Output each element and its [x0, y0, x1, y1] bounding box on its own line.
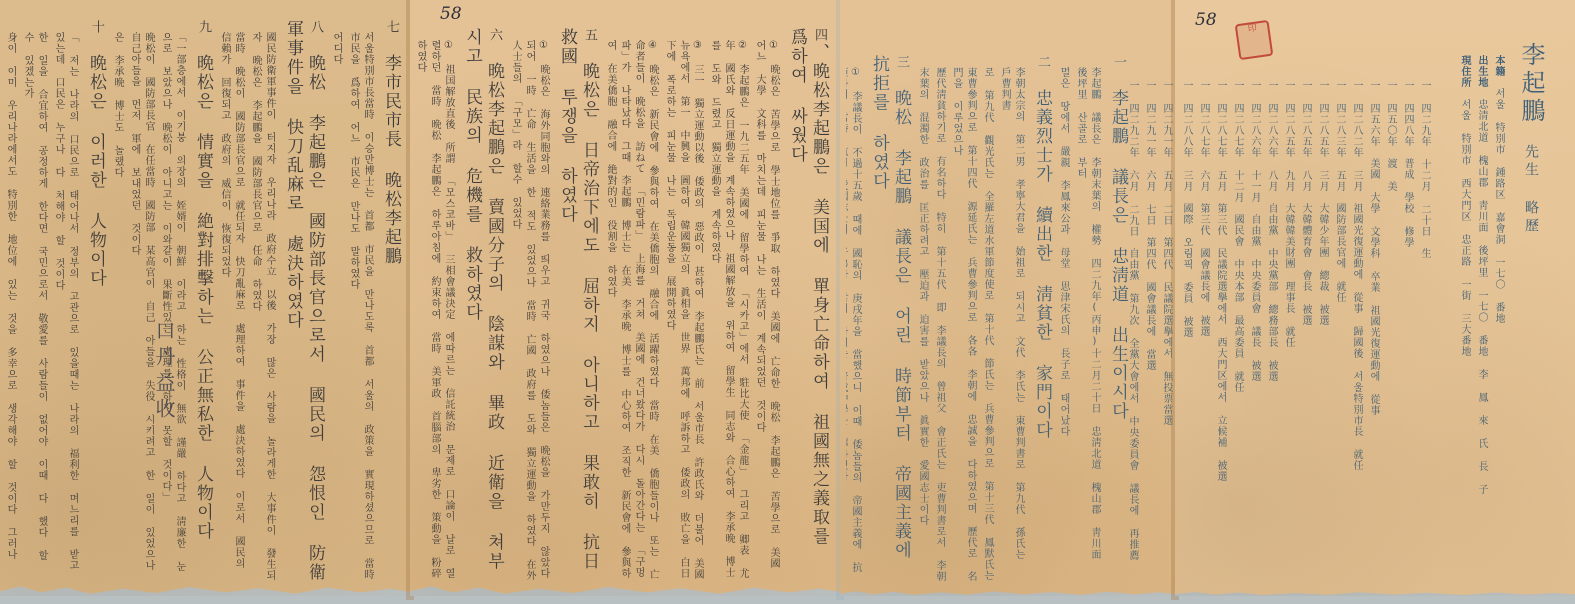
profile-fields: 本籍 서울 特別市 鍾路区 嘉會洞 一七〇 番地 出生地 忠清北道 槐山郡 靑川…: [1435, 55, 1505, 582]
red-seal-stamp: 印: [1235, 20, 1274, 60]
timeline-entry: 一 四二八三年 五月 國防部長官에 就任: [1332, 80, 1346, 582]
section-heading-8: 八 晩松 李起鵬은 國防部長官으로서 國民의 怨恨인 防衛軍事件을 快刀乱麻로 …: [282, 20, 326, 582]
section-3-item: ① 李議長이 不過十五歲 때에 國恥의 庚戌年을 當했으니 이때 倭놈들의 帝國…: [846, 55, 862, 582]
timeline-entry: 一 四五〇年 渡 美: [1383, 80, 1397, 582]
page-text-columns: 一 李起鵬 議長은 忠淸道 出生이시다 李起鵬 議長은 李朝末葉의 權勢 四二九…: [846, 55, 1129, 582]
section-8-paragraph: 國民防衛軍事件이 터지자 우리나라 政府수立 以後 가장 많은 사람을 놀라게한…: [248, 20, 276, 582]
timeline-entry: 一 四二八六年 八月 自由黨 中央黨部 總務部長 被選: [1264, 80, 1278, 582]
section-heading-5: 五 晩松은 日帝治下에도 屈하지 아니하고 果敢히 抗日 救國 투쟁을 하였다: [556, 28, 600, 582]
section-7-paragraph: 어디다: [329, 20, 343, 582]
section-9-paragraph: 은 李承晩 博士도 놀랬다: [110, 20, 124, 582]
timeline-entry: 一 四二八七年 十二月 國民會 中央本部 最高委員 就任: [1230, 80, 1244, 582]
section-1-paragraph: 李起鵬 議長은 李朝末葉의 權勢 四二九年(丙申)十二月二十日 忠淸北道 槐山郡…: [1073, 55, 1101, 582]
section-7-paragraph: 서울特別市長當時 이승만博士는 首都 市民을 만나도록 首都 서울의 政策을 實…: [346, 20, 374, 582]
page-text-columns: 七 李市民市長 晩松李起鵬 서울特別市長當時 이승만博士는 首都 市民을 만나도…: [8, 20, 402, 582]
section-4-item: ② 李起鵬은 一九二五年 美國에 留學하여 「시카고」에서 駐比大使 「金龍」 …: [707, 28, 749, 582]
section-9-paragraph: 「一部층에서 이기붕 의장의 姪婿이 朝鮮 이라고 하는 性格이 無欲 謹嚴 하…: [158, 20, 186, 582]
torn-edge: [410, 584, 840, 596]
timeline-entry: 一 四五六年 美國 大學 文學科 卒業 祖國光復運動에 從事: [1366, 80, 1380, 582]
timeline-entry: 一 四二八五年 三月 大韓少年團 總裁 被選: [1315, 80, 1329, 582]
torn-edge: [0, 584, 410, 596]
timeline-entry: 一 四二八五年 九月 大韓韓美財團 理事長 就任: [1281, 80, 1295, 582]
timeline-entry: 一 四二八七年 五月 第三代 民議院選擧에서 西大門区에서 立候補 被選: [1213, 80, 1227, 582]
timeline-entry: 一 四二九二年 六月 二九日 自由黨 第九次 全黨大會에서 中央委員會 議長에 …: [1129, 80, 1139, 582]
page-text-columns: 四、晩松李起鵬은 美国에 單身亡命하여 祖國無之義取를 爲하여 싸웠다 ① 晩松…: [418, 28, 830, 582]
section-4-item: ④ 晩松은 新民會에 參與하여 在美僑胞의 融合에 活躍하였다 當時 在美 僑胞…: [603, 28, 659, 582]
torn-edge: [1175, 591, 1575, 596]
timeline-entry: 一 四二九一年 六月 七日 第四代 國會議長에 當選: [1142, 80, 1156, 582]
section-2-paragraph: 末葉의 混濁한 政治를 匡正하려고 壓迫과 迫害를 받았으나 眞實한 愛國志士이…: [915, 55, 929, 582]
timeline-continued: 一 四二九一年 五月 二日 第四代 民議院選擧에서 無投票當選 一 四二九一年 …: [1129, 80, 1173, 582]
section-heading-1: 一 李起鵬 議長은 忠淸道 出生이시다: [1107, 55, 1129, 582]
timeline-entry: 一 四二八六年 十一月 自由黨 中央委員會 議長 被選: [1247, 80, 1261, 582]
handwritten-annotation: 口丹益收: [150, 320, 179, 424]
timeline-entry: 一 四二八八年 三月 國際 오림픽 委員 被選: [1179, 80, 1193, 582]
section-4-item: ① 晩松은 苦學으로 學士地位를 爭取 하였다 美國에 亡命한 晩松 李起鵬은 …: [752, 28, 780, 582]
page-number-mark: 58: [1195, 10, 1217, 30]
profile-field-birthplace: 出生地 忠清北道 槐山郡 靑川面 後坪里 一七〇 番地 李 鳳 來 氏 長 子: [1474, 55, 1488, 582]
section-2-paragraph: 李朝太宗의 第二男 孝寧大君을 始祖로 되시고 文代 李氏는 東曹判書로 第九代…: [997, 55, 1025, 582]
section-5-item: ① 晩松은 海外同胞와의 連絡業務를 띄우고 귀국 하였으나 倭놈들은 晩松을 …: [508, 28, 550, 582]
section-6-item: ① 祖国解放直後 所謂 「모스코바」 三相會議決定 에따르는 信託統治 문제로 …: [418, 28, 455, 582]
section-2-paragraph: 歷代淸貧하기로 有名하다 特히 第十五代 即 李議長의 曾祖父 會正氏는 吏曹判…: [932, 55, 946, 582]
section-10-paragraph: 「 저는 나라의 口民으로 태어나서 정부의 고관으로 있을때는 나라의 福利한…: [51, 20, 79, 582]
section-4-item: ③ 三一 獨立運動以後 倭政의 惡政이 甚하여 李起鵬氏는 前 서울市長 許政氏…: [662, 28, 704, 582]
section-2-paragraph: 로 第九代 觀光氏는 全羅左道水軍節度使로 第十代 節氏는 兵曹參判으로 第十三…: [980, 55, 994, 582]
section-10-paragraph: 한 일을 合宜하여 공정하게 한다면 국민으로서 敬愛를 사람들이 없어야 이때…: [20, 20, 48, 582]
document-page-sections-4-6: 58 四、晩松李起鵬은 美国에 單身亡命하여 祖國無之義取를 爲하여 싸웠다 ①…: [410, 0, 840, 596]
section-heading-6: 六 晩松李起鵬은 賣國分子의 陰謀와 畢政 近衛을 쳐부시고 民族의 危機를 救…: [461, 28, 505, 582]
document-page-title-profile: 58 印 李起鵬 先生 略歷 本籍 서울 特別市 鍾路区 嘉會洞 一七〇 番地 …: [1175, 0, 1575, 596]
timeline-list: 一 四二九年 十二月 二十日 生一 四四八年 普成 學校 修學一 四五〇年 渡 …: [1179, 80, 1431, 582]
section-1-paragraph: 멀은 땅에서 嚴親 李鳳來公과 母堂 思津宋氏의 長子로 태어났다: [1056, 55, 1070, 582]
section-heading-3: 三 晩松 李起鵬 議長은 어린 時節부터 帝國主義에 抗拒를 하였다: [868, 55, 912, 582]
section-heading-2: 二 忠義烈士가 續出한 淸貧한 家門이다: [1031, 55, 1053, 582]
document-title: 李起鵬 先生 略歷: [1517, 42, 1545, 236]
section-9-paragraph: 晩松이 國防部長官 在任當時 國防部 某高官이 自己 아들을 失役 시키려고 한…: [127, 20, 155, 582]
section-10-paragraph: 身이 이미 우리나라에서도 特別한 地位에 있는 것을 多幸으로 생각해야 할 …: [8, 20, 17, 582]
section-8-paragraph: 當時 晩松이 國防部長官으로 就任되자 快刀亂麻로 處理하여 事件을 處決하였다…: [217, 20, 245, 582]
timeline-entry: 一 四二八二年 三月 祖國光復運動에 從事 歸國後 서울特別市長 就任: [1349, 80, 1363, 582]
section-2-paragraph: 東曹參判으로 第十四代 源延氏는 兵曹參判으로 各各 李朝에 忠誠을 다하였으며…: [949, 55, 977, 582]
profile-field-domicile: 本籍 서울 特別市 鍾路区 嘉會洞 一七〇 番地: [1491, 55, 1505, 582]
page-number-mark: 58: [440, 4, 462, 24]
timeline-entry: 一 四四八年 普成 學校 修學: [1400, 80, 1414, 582]
timeline-entry: 一 四二八七年 六月 第三代 國會議長에 被選: [1196, 80, 1210, 582]
document-page-sections-1-3: 一 李起鵬 議長은 忠淸道 出生이시다 李起鵬 議長은 李朝末葉의 權勢 四二九…: [840, 0, 1175, 596]
document-page-sections-7-11: 七 李市民市長 晩松李起鵬 서울特別市長當時 이승만博士는 首都 市民을 만나도…: [0, 0, 410, 596]
torn-edge: [840, 590, 1175, 596]
section-heading-10: 十 晩松은 이러한 人物이다: [85, 20, 107, 582]
section-heading-7: 七 李市民市長 晩松李起鵬: [380, 20, 402, 582]
timeline-entry: 一 四二八五年 八月 大韓體育會 會長 被選: [1298, 80, 1312, 582]
section-heading-9: 九 晩松은 情實을 絶對排擊하는 公正無私한 人物이다: [192, 20, 214, 582]
section-heading-4: 四、晩松李起鵬은 美国에 單身亡命하여 祖國無之義取를 爲하여 싸웠다: [786, 28, 830, 582]
profile-field-address: 現住所 서울 特別市 西大門区 忠正路 一街 三大番地: [1457, 55, 1471, 582]
timeline-entry: 一 四二九年 十二月 二十日 生: [1417, 80, 1431, 582]
